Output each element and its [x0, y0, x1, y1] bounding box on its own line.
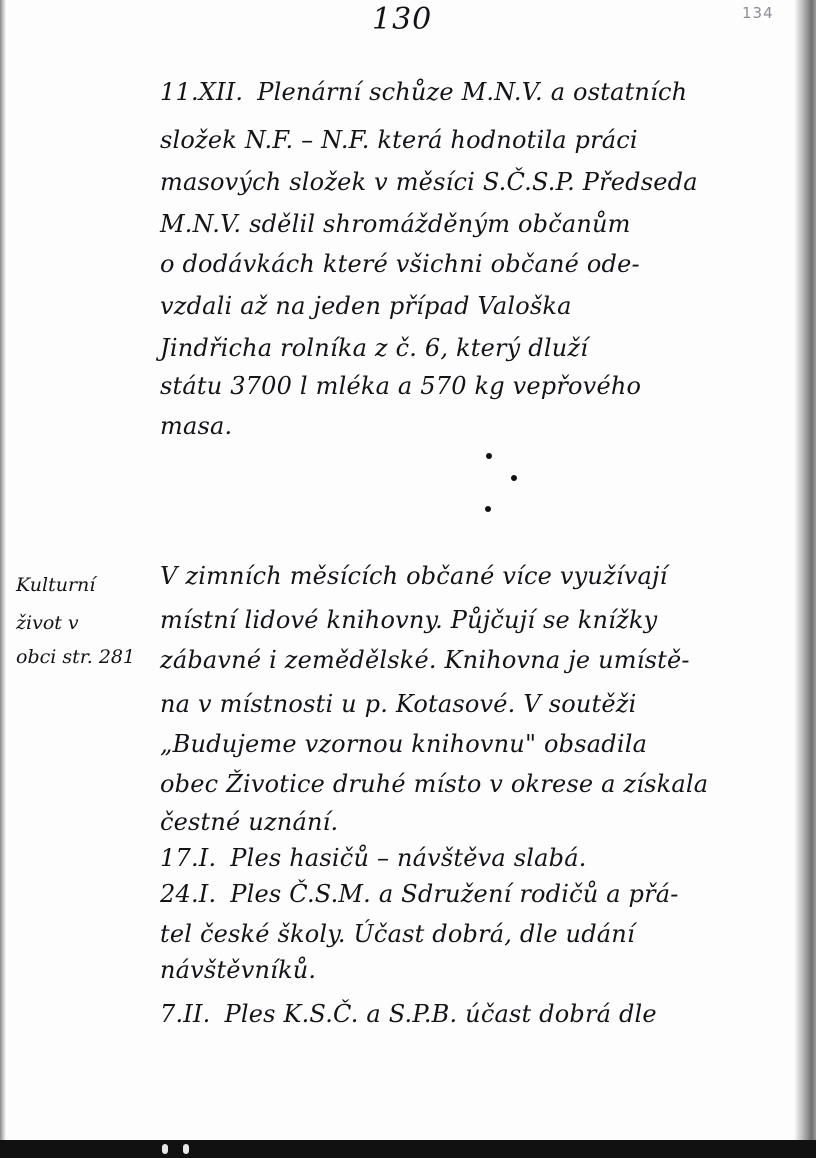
line-text: tel české školy. Účast dobrá, dle udání — [160, 920, 635, 948]
line-text: Plenární schůze M.N.V. a ostatních — [257, 78, 687, 106]
line-text: na v místnosti u p. Kotasové. V soutěži — [160, 690, 636, 718]
margin-note-line: život v — [16, 612, 79, 634]
line-text: V zimních měsících občané více využívají — [160, 562, 668, 590]
line-text: čestné uznání. — [160, 808, 338, 836]
binding-hole — [162, 1144, 168, 1154]
text-line: vzdali až na jeden případ Valoška — [160, 292, 572, 320]
text-line: M.N.V. sdělil shromážděným občanům — [160, 210, 631, 238]
archive-stamp-number: 134 — [742, 4, 774, 22]
text-line: o dodávkách které všichni občané ode- — [160, 250, 640, 278]
margin-note-line: Kulturní — [16, 574, 95, 596]
text-line: návštěvníků. — [160, 956, 316, 984]
text-line: na v místnosti u p. Kotasové. V soutěži — [160, 690, 636, 718]
text-line: „Budujeme vzornou knihovnu" obsadila — [160, 730, 647, 758]
text-line: místní lidové knihovny. Půjčují se knížk… — [160, 606, 657, 634]
text-line: složek N.F. – N.F. která hodnotila práci — [160, 126, 638, 154]
text-line: státu 3700 l mléka a 570 kg vepřového — [160, 372, 641, 400]
line-text: Ples Č.S.M. a Sdružení rodičů a přá- — [230, 880, 678, 908]
separator-dot — [511, 475, 517, 481]
binding-hole — [183, 1144, 189, 1154]
text-line: 17.I.Ples hasičů – návštěva slabá. — [160, 844, 587, 872]
separator-dot — [486, 453, 492, 459]
text-line: 24.I.Ples Č.S.M. a Sdružení rodičů a přá… — [160, 880, 679, 908]
text-line: V zimních měsících občané více využívají — [160, 562, 668, 590]
line-text: „Budujeme vzornou knihovnu" obsadila — [160, 730, 647, 758]
line-text: masových složek v měsíci S.Č.S.P. Předse… — [160, 168, 698, 196]
scan-right-edge-shadow — [794, 0, 816, 1140]
line-text: Jindřicha rolníka z č. 6, který dluží — [160, 334, 588, 362]
line-text: obec Životice druhé místo v okrese a zís… — [160, 770, 708, 798]
entry-date: 17.I. — [160, 844, 216, 872]
line-text: Ples hasičů – návštěva slabá. — [230, 844, 586, 872]
line-text: o dodávkách které všichni občané ode- — [160, 250, 640, 278]
scan-bottom-edge — [0, 1140, 816, 1158]
text-line: masových složek v měsíci S.Č.S.P. Předse… — [160, 168, 698, 196]
line-text: Ples K.S.Č. a S.P.B. účast dobrá dle — [225, 1000, 657, 1028]
text-line: čestné uznání. — [160, 808, 338, 836]
scanned-chronicle-page: 130 134 11.XII.Plenární schůze M.N.V. a … — [0, 0, 816, 1158]
separator-dot — [485, 506, 491, 512]
text-line: masa. — [160, 412, 232, 440]
line-text: návštěvníků. — [160, 956, 316, 984]
entry-date: 11.XII. — [160, 78, 243, 106]
line-text: zábavné i zemědělské. Knihovna je umístě… — [160, 646, 690, 674]
line-text: M.N.V. sdělil shromážděným občanům — [160, 210, 631, 238]
text-line: Jindřicha rolníka z č. 6, který dluží — [160, 334, 588, 362]
page-number: 130 — [372, 2, 432, 37]
entry-date: 7.II. — [160, 1000, 211, 1028]
margin-note-line: obci str. 281 — [16, 646, 135, 668]
line-text: místní lidové knihovny. Půjčují se knížk… — [160, 606, 657, 634]
line-text: státu 3700 l mléka a 570 kg vepřového — [160, 372, 641, 400]
text-line: tel české školy. Účast dobrá, dle udání — [160, 920, 635, 948]
line-text: vzdali až na jeden případ Valoška — [160, 292, 572, 320]
entry-date: 24.I. — [160, 880, 216, 908]
line-text: složek N.F. – N.F. která hodnotila práci — [160, 126, 638, 154]
scan-left-edge — [0, 0, 6, 1140]
line-text: masa. — [160, 412, 232, 440]
text-line: 11.XII.Plenární schůze M.N.V. a ostatníc… — [160, 78, 687, 106]
text-line: obec Životice druhé místo v okrese a zís… — [160, 770, 708, 798]
text-line: 7.II.Ples K.S.Č. a S.P.B. účast dobrá dl… — [160, 1000, 657, 1028]
text-line: zábavné i zemědělské. Knihovna je umístě… — [160, 646, 690, 674]
